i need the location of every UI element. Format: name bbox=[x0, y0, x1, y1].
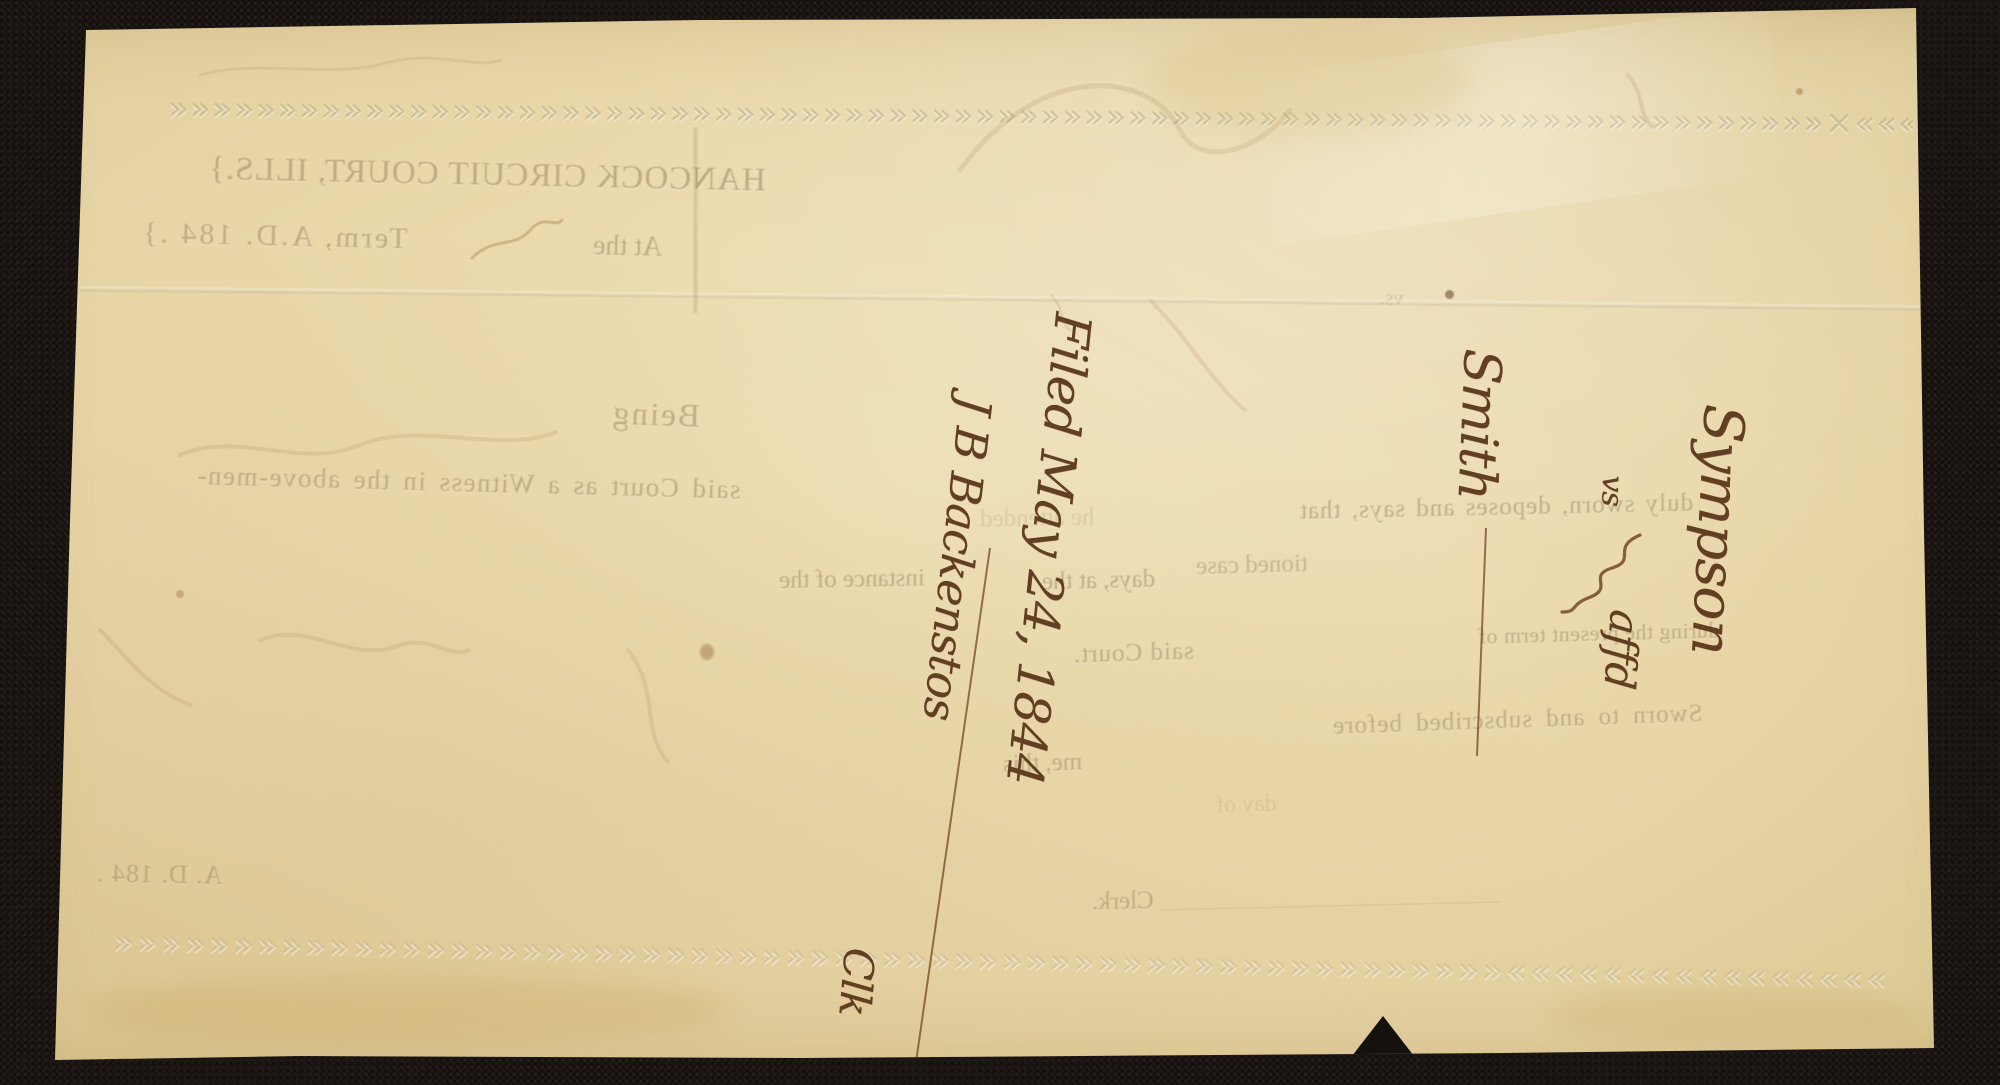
printed-body-said-court: said Court. bbox=[1046, 638, 1195, 671]
show-through-stroke bbox=[100, 630, 190, 705]
stain bbox=[1150, 25, 1470, 135]
clerk-abbreviation: Clk bbox=[824, 946, 884, 1080]
show-through-stroke bbox=[1150, 300, 1245, 410]
paper-sheet: »»»»»»»»»»»»»»»»»»»»»»»»»»»»»»»»»»»»»»»»… bbox=[0, 0, 2000, 1085]
printed-body-witness-line: said Court as a Witness in the above-men… bbox=[196, 460, 782, 506]
docket-plaintiff-name: Sympson bbox=[1673, 403, 1756, 761]
ink-spot bbox=[1445, 290, 1454, 299]
printed-jurat-day-of: day of bbox=[1205, 791, 1278, 820]
stain bbox=[90, 975, 730, 1045]
printed-court-name: HANCOCK CIRCUIT COURT, ILLS.} bbox=[138, 149, 767, 199]
printed-term-line-term: Term, A.D. 184 .} bbox=[140, 216, 471, 257]
show-through-stroke bbox=[180, 432, 556, 455]
printed-being: Being bbox=[587, 395, 700, 435]
docket-defendant-name: Smith bbox=[1439, 347, 1512, 654]
fold-crease bbox=[80, 286, 1930, 310]
show-through-stroke bbox=[472, 220, 562, 258]
photo-stage: »»»»»»»»»»»»»»»»»»»»»»»»»»»»»»»»»»»»»»»»… bbox=[0, 0, 2000, 1085]
stain bbox=[1550, 988, 1910, 1043]
printed-clerk-label: Clerk. bbox=[1076, 887, 1155, 917]
show-through-stroke bbox=[260, 635, 468, 653]
docket-brace-squiggle bbox=[1562, 535, 1640, 612]
printed-vs-label: vs. bbox=[1368, 285, 1404, 311]
printed-body-instance-of-the: instance of the bbox=[760, 565, 925, 596]
printed-body-tioned-case: tioned case bbox=[1158, 550, 1309, 582]
fold-crease bbox=[694, 128, 697, 313]
printed-jurat-ad-184: A. D. 184 . bbox=[96, 859, 239, 891]
ink-spot bbox=[1796, 88, 1803, 95]
ink-spot bbox=[700, 644, 714, 660]
printed-term-line-at-the: At the bbox=[590, 230, 663, 264]
ink-spot bbox=[176, 590, 184, 598]
printed-body-during-present-term: during the present term of bbox=[1478, 618, 1697, 650]
paper-notch bbox=[1352, 1016, 1414, 1056]
printed-jurat-sworn: Sworn to and subscribed before bbox=[1297, 700, 1704, 742]
show-through-stroke bbox=[200, 58, 500, 75]
clerk-rule-line bbox=[1160, 902, 1500, 910]
show-through-stroke bbox=[628, 650, 668, 762]
docket-vs: vs bbox=[1593, 475, 1630, 536]
